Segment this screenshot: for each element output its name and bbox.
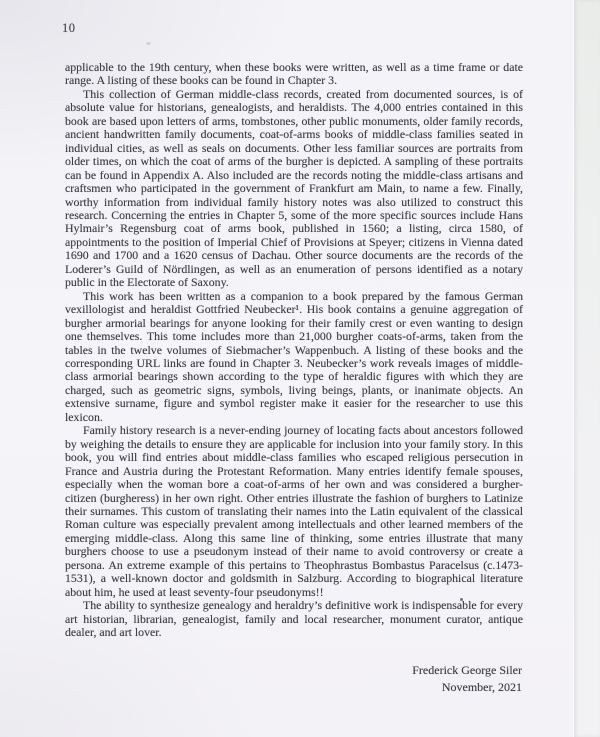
author-name: Frederick George Siler <box>412 662 522 679</box>
scan-smudge-artifact <box>146 42 151 45</box>
paragraph-collection-sources: This collection of German middle-class r… <box>65 88 523 290</box>
document-page: 10 applicable to the 19th century, when … <box>0 0 600 737</box>
page-number: 10 <box>62 21 76 36</box>
body-text: applicable to the 19th century, when the… <box>65 61 523 639</box>
signature-date: November, 2021 <box>412 679 522 696</box>
paragraph-companion-work: This work has been written as a companio… <box>65 290 523 425</box>
scan-page-edge <box>573 0 600 737</box>
paragraph-closing: The ability to synthesize genealogy and … <box>65 599 523 639</box>
signature-block: Frederick George Siler November, 2021 <box>412 662 522 696</box>
paragraph-family-history: Family history research is a never-endin… <box>65 424 523 599</box>
scan-speck-artifact <box>460 598 463 601</box>
paragraph-continuation: applicable to the 19th century, when the… <box>65 61 523 88</box>
